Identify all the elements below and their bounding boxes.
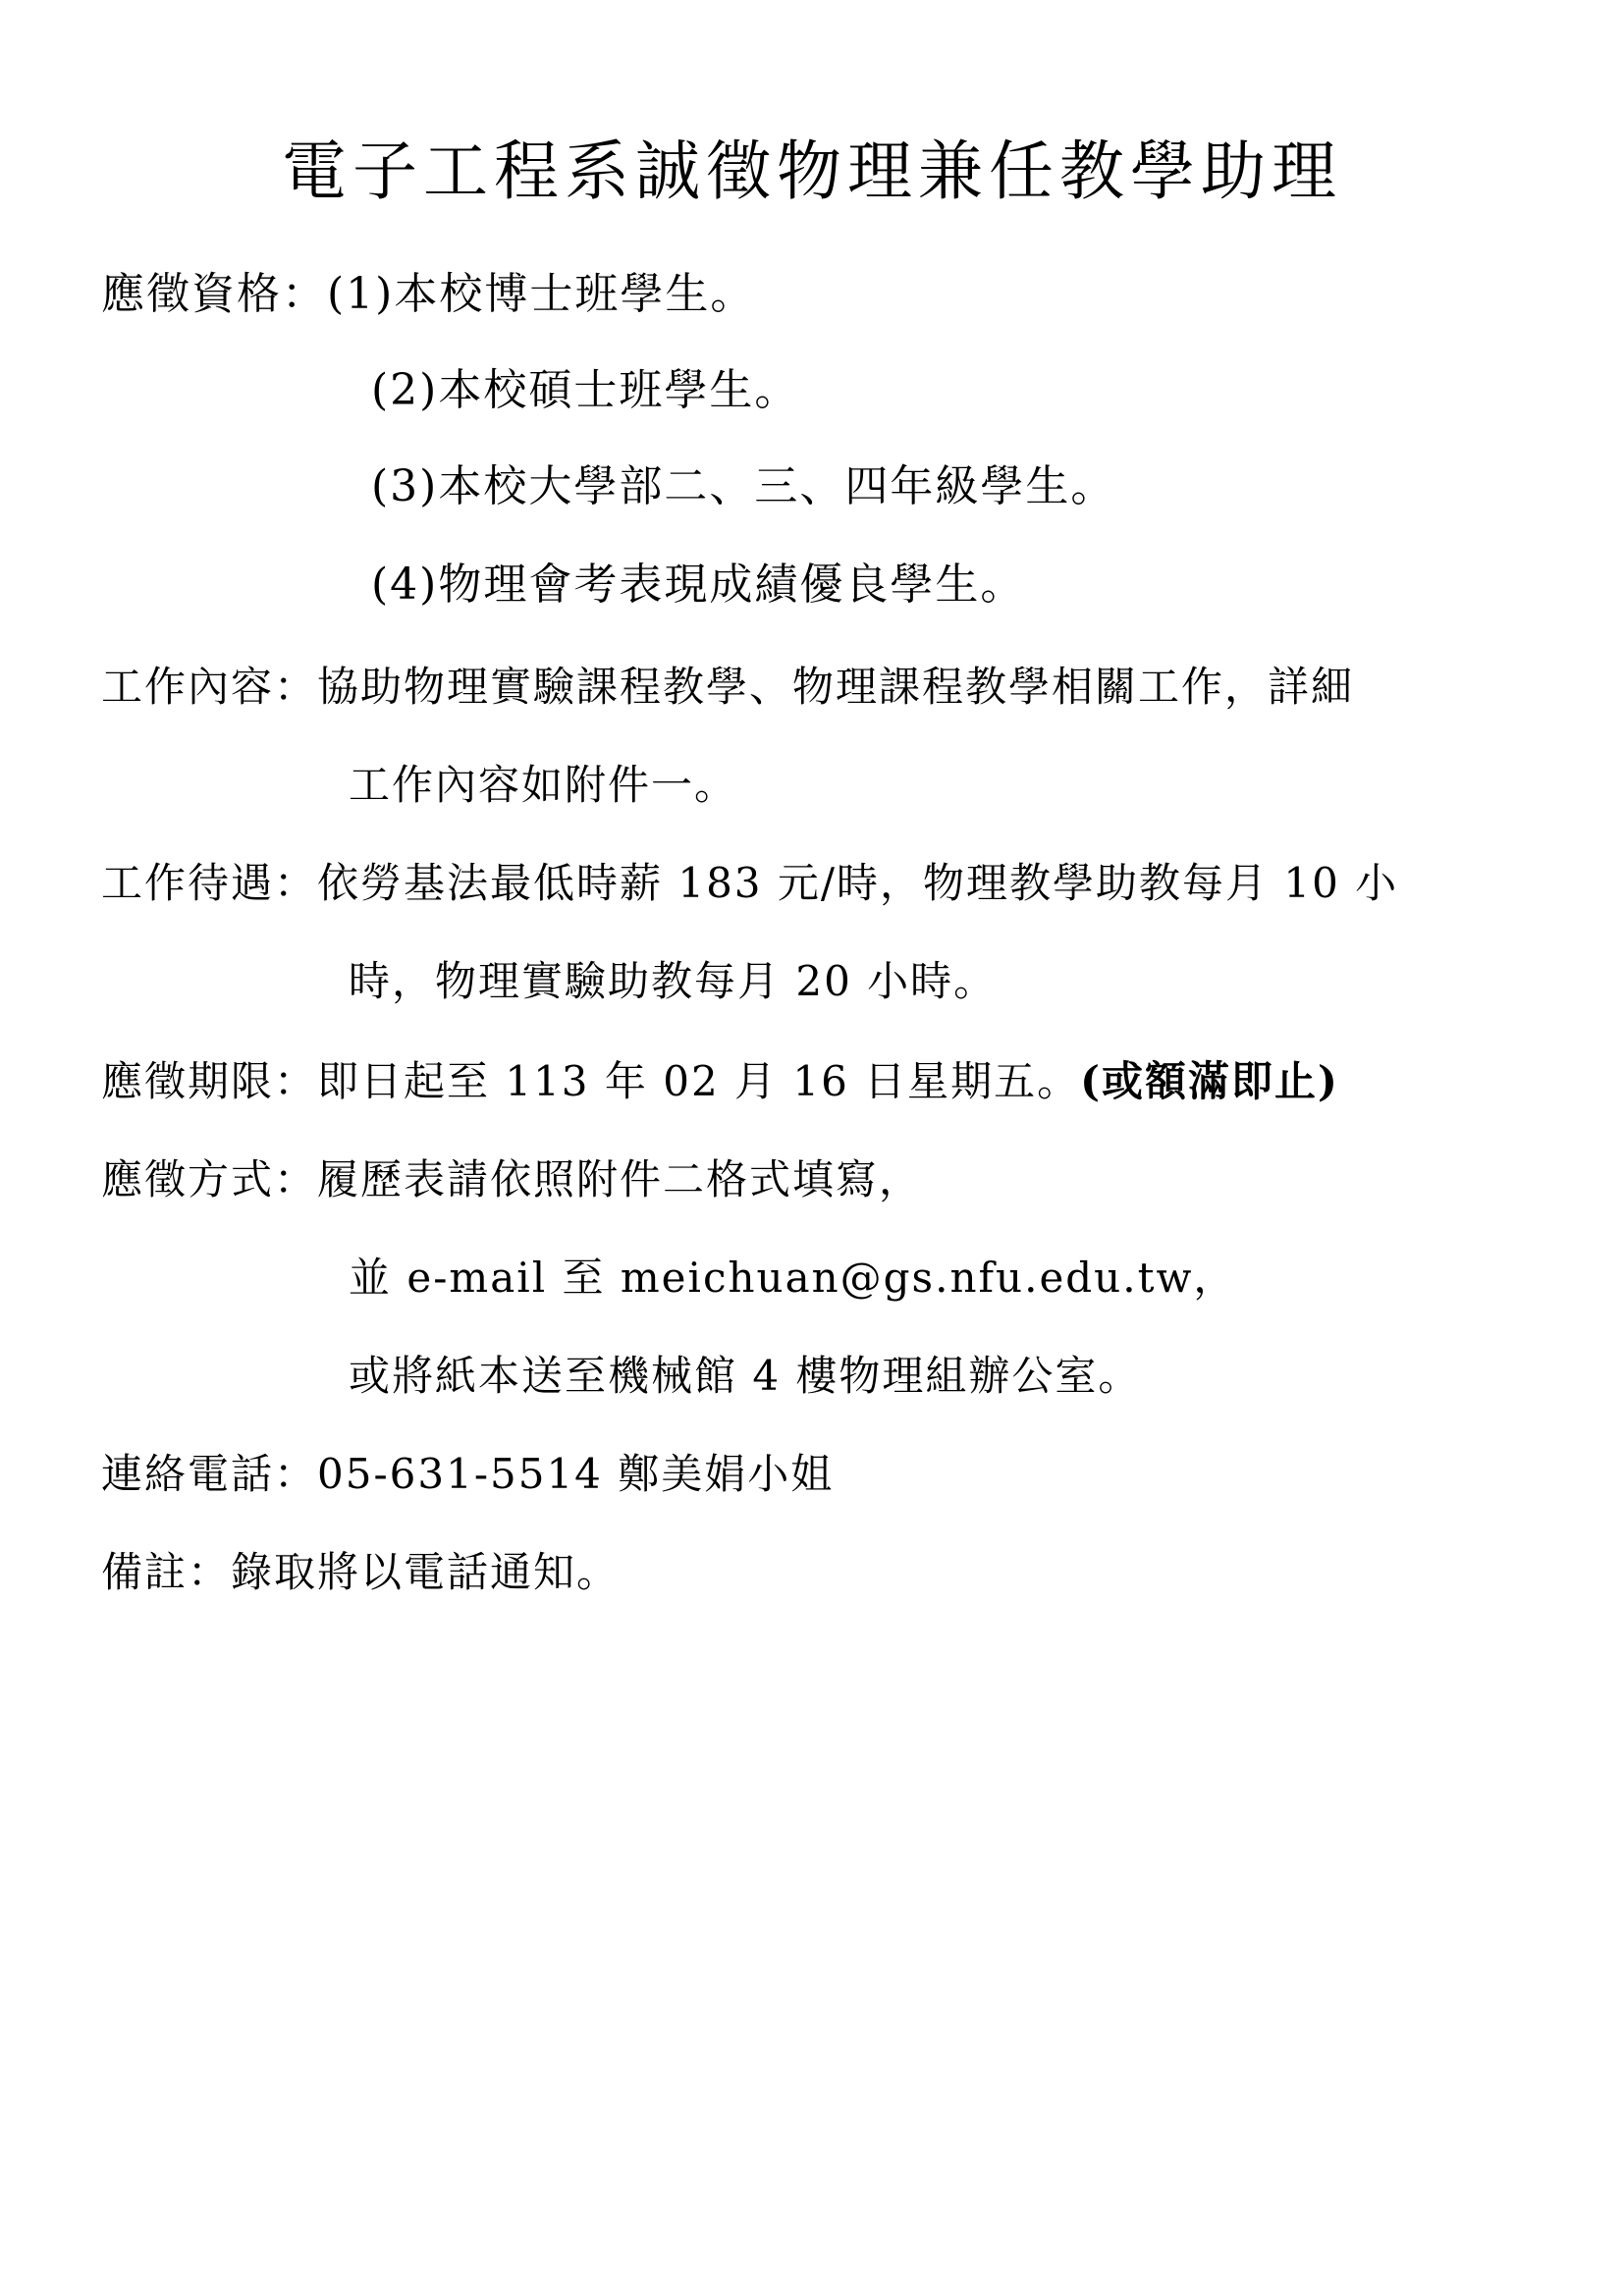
compensation-label: 工作待遇： [101,859,317,907]
application-method-text: 履歷表請依照附件二格式填寫， [317,1155,922,1203]
job-content-row: 工作內容：協助物理實驗課程教學、物理課程教學相關工作，詳細 [101,658,1354,717]
qualification-item: (1)本校博士班學生。 [327,269,755,319]
qualifications-row: 應徵資格：(1)本校博士班學生。 [101,265,755,324]
application-email-line: 並 e-mail 至 meichuan@gs.nfu.edu.tw， [349,1249,1236,1308]
application-method-row: 應徵方式：履歷表請依照附件二格式填寫， [101,1150,922,1209]
contact-row: 連絡電話：05-631-5514 鄭美娟小姐 [101,1445,834,1504]
job-content-text: 協助物理實驗課程教學、物理課程教學相關工作，詳細 [317,663,1354,711]
qualification-item: (3)本校大學部二、三、四年級學生。 [371,457,1115,516]
job-content-label: 工作內容： [101,663,317,711]
qualification-item: (2)本校碩士班學生。 [371,361,799,420]
remarks-label: 備註： [101,1548,231,1596]
deadline-label: 應徵期限： [101,1057,317,1105]
contact-text: 05-631-5514 鄭美娟小姐 [317,1450,834,1498]
compensation-text: 依勞基法最低時薪 183 元/時，物理教學助教每月 10 小 [317,859,1398,907]
compensation-row: 工作待遇：依勞基法最低時薪 183 元/時，物理教學助教每月 10 小 [101,854,1398,913]
qualifications-label: 應徵資格： [101,269,327,319]
compensation-text-cont: 時，物理實驗助教每月 20 小時。 [349,952,997,1011]
job-content-text-cont: 工作內容如附件一。 [349,756,737,815]
remarks-text: 錄取將以電話通知。 [231,1548,620,1596]
page-title: 電子工程系誠徵物理兼任教學助理 [0,128,1624,216]
deadline-note: (或額滿即止) [1080,1057,1339,1105]
deadline-row: 應徵期限：即日起至 113 年 02 月 16 日星期五。(或額滿即止) [101,1052,1339,1111]
qualification-item: (4)物理會考表現成績優良學生。 [371,556,1025,614]
contact-label: 連絡電話： [101,1450,317,1498]
application-paper-line: 或將紙本送至機械館 4 樓物理組辦公室。 [349,1347,1141,1406]
remarks-row: 備註：錄取將以電話通知。 [101,1543,620,1602]
application-method-label: 應徵方式： [101,1155,317,1203]
deadline-text: 即日起至 113 年 02 月 16 日星期五。 [317,1057,1080,1105]
